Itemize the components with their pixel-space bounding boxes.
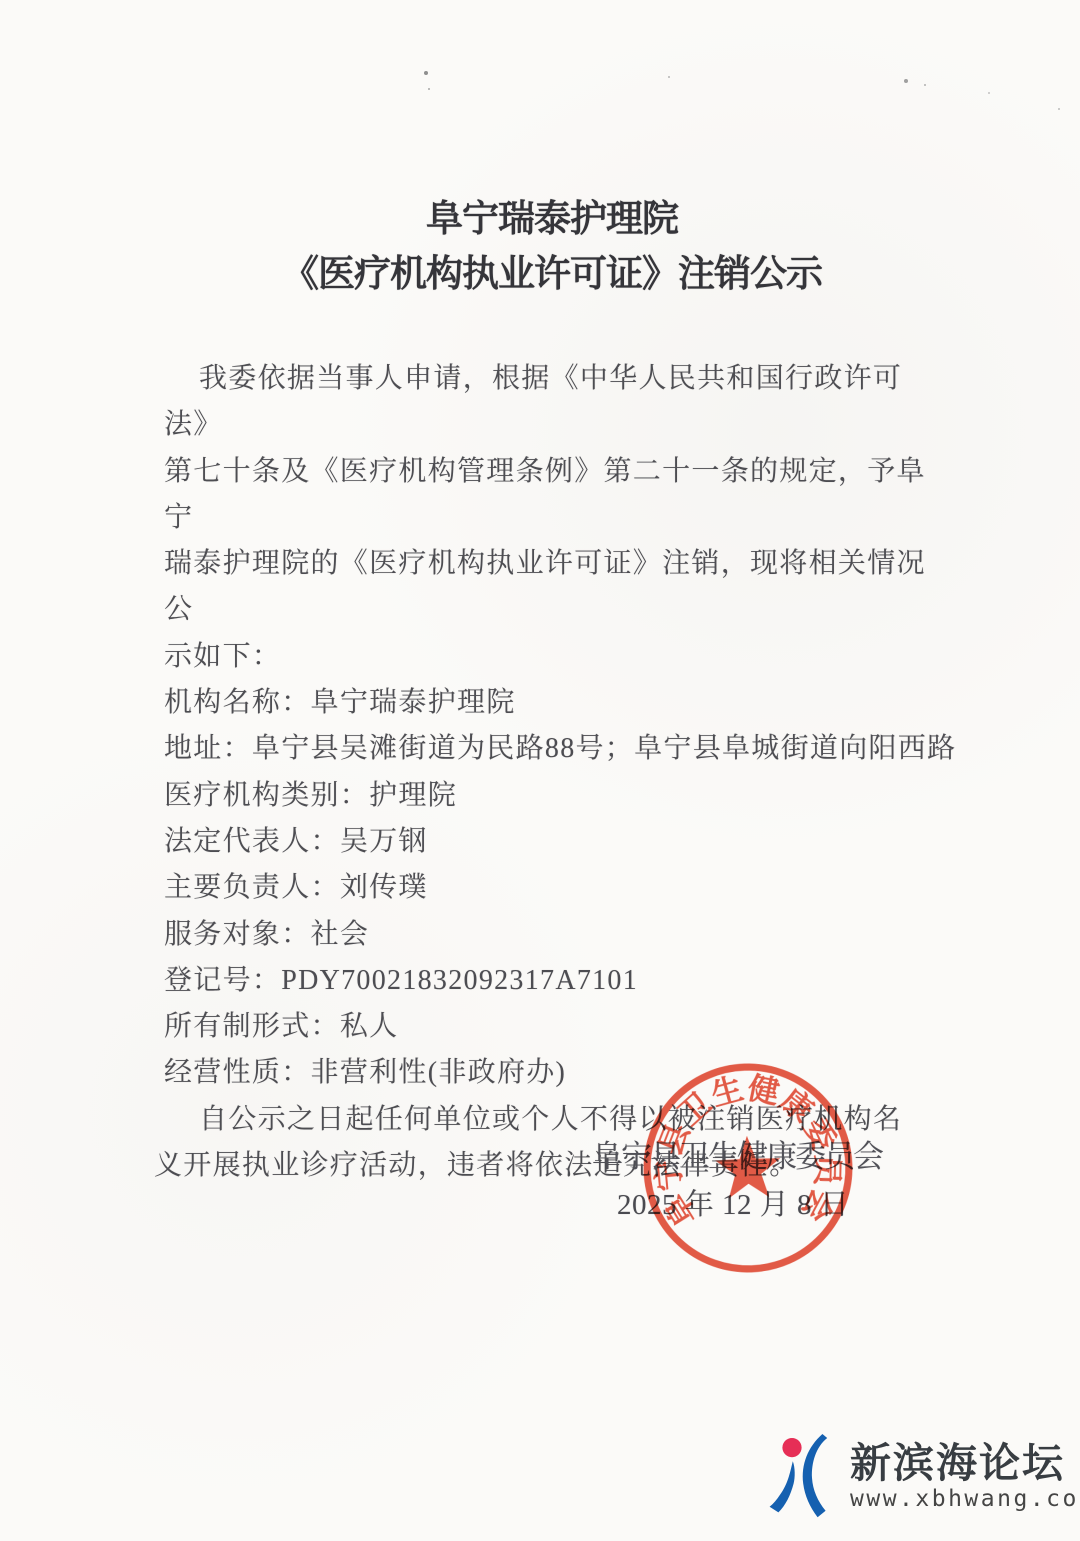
logo-dot [782, 1438, 801, 1457]
site-logo-icon [768, 1424, 848, 1528]
field-value: 阜宁县吴滩街道为民路88号；阜宁县阜城街道向阳西路 [252, 733, 957, 764]
field-label: 医疗机构类别： [164, 780, 369, 811]
intro-line: 示如下： [164, 634, 942, 680]
field-label: 经营性质： [164, 1057, 311, 1088]
field-label: 登记号： [164, 965, 281, 996]
field-label: 地址： [164, 733, 252, 764]
field-label: 机构名称： [164, 687, 311, 718]
official-seal: 阜 宁 县 卫 生 健 康 委 员 会 [633, 1053, 863, 1283]
seal-char: 宁 [650, 1158, 688, 1192]
field-row-registration-number: 登记号：PDY70021832092317A7101 [164, 958, 942, 1004]
field-label: 法定代表人： [164, 826, 340, 857]
field-label: 主要负责人： [164, 872, 340, 903]
site-url: www.xbhwang.com [850, 1486, 1080, 1512]
field-value: 吴万钢 [340, 826, 428, 857]
site-name: 新滨海论坛 [850, 1440, 1080, 1486]
field-label: 所有制形式： [164, 1011, 340, 1042]
field-row-institution-name: 机构名称：阜宁瑞泰护理院 [164, 680, 942, 726]
notice-title-line2: 《医疗机构执业许可证》注销公示 [12, 243, 1080, 297]
field-value: 非营利性(非政府办) [311, 1057, 567, 1088]
intro-line: 瑞泰护理院的《医疗机构执业许可证》注销，现将相关情况公 [164, 541, 942, 634]
field-value: 社会 [311, 919, 370, 950]
logo-figure-swoosh [803, 1434, 827, 1517]
intro-line: 第七十条及《医疗机构管理条例》第二十一条的规定，予阜宁 [164, 449, 942, 542]
intro-line: 我委依据当事人申请，根据《中华人民共和国行政许可法》 [164, 356, 942, 449]
field-row-address: 地址：阜宁县吴滩街道为民路88号；阜宁县阜城街道向阳西路 [164, 726, 942, 772]
scanned-notice-page: 阜宁瑞泰护理院 《医疗机构执业许可证》注销公示 我委依据当事人申请，根据《中华人… [0, 0, 1080, 1541]
notice-title-line1: 阜宁瑞泰护理院 [12, 188, 1080, 242]
scan-artifacts [0, 0, 2, 2]
site-logo-text: 新滨海论坛 www.xbhwang.com [850, 1440, 1080, 1512]
field-value: PDY70021832092317A7101 [281, 965, 638, 996]
field-row-ownership-form: 所有制形式：私人 [164, 1004, 942, 1050]
seal-char: 员 [809, 1154, 845, 1189]
field-label: 服务对象： [164, 919, 311, 950]
seal-star-icon [714, 1135, 781, 1199]
field-value: 私人 [340, 1011, 399, 1042]
field-row-service-target: 服务对象：社会 [164, 912, 942, 958]
field-value: 阜宁瑞泰护理院 [311, 687, 516, 718]
field-value: 护理院 [369, 780, 457, 811]
field-value: 刘传璞 [340, 872, 428, 903]
logo-figure-left-stroke [770, 1461, 795, 1512]
field-row-institution-category: 医疗机构类别：护理院 [164, 773, 942, 819]
field-row-legal-representative: 法定代表人：吴万钢 [164, 819, 942, 865]
site-watermark: 新滨海论坛 www.xbhwang.com [768, 1424, 1080, 1528]
field-row-principal: 主要负责人：刘传璞 [164, 865, 942, 911]
